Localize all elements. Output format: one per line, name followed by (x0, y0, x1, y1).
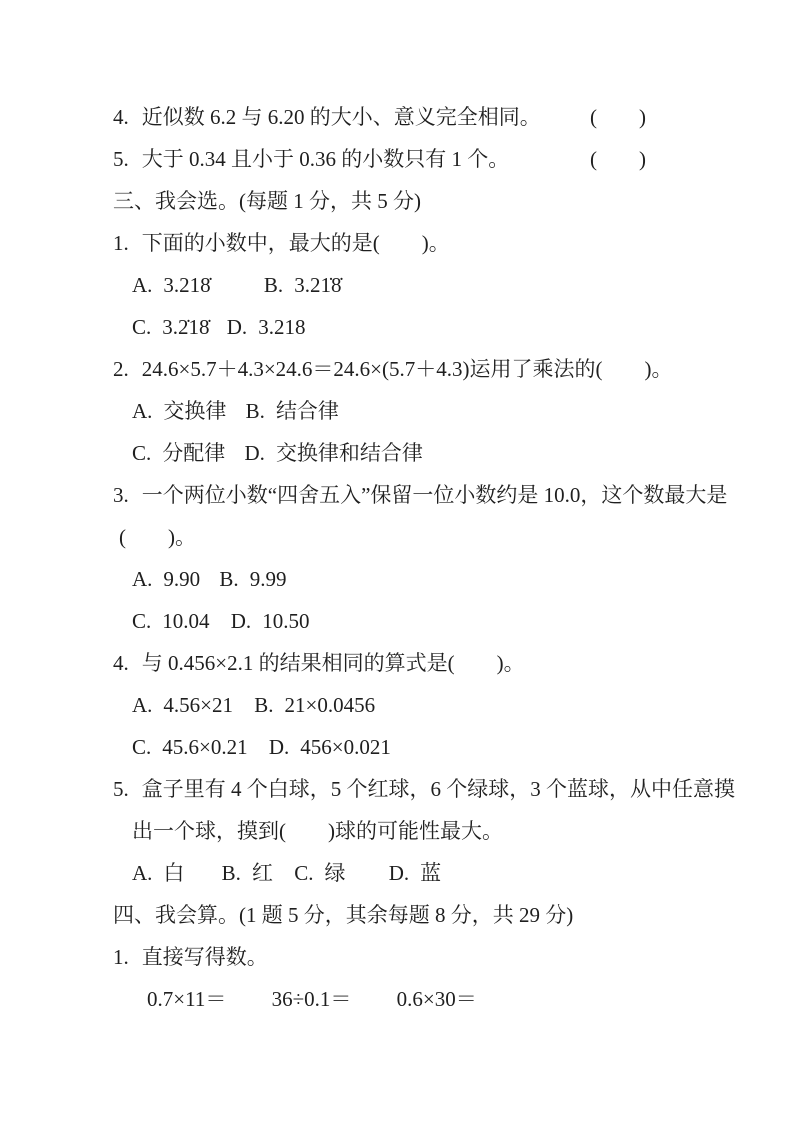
calc-expression-1: 0.7×11＝ (147, 987, 226, 1011)
q1-option-d: D.3.218 (227, 306, 306, 348)
q4-options-row-1: A.4.56×21 B.21×0.0456 (0, 684, 793, 726)
q4-option-d: D.456×0.021 (269, 726, 391, 768)
q2-stem: 2.24.6×5.7＋4.3×24.6＝24.6×(5.7＋4.3)运用了乘法的… (0, 348, 793, 390)
q5-number: 5. (113, 777, 129, 801)
q1-stem: 1.下面的小数中，最大的是( )。 (0, 222, 793, 264)
q5-option-b: B.红 (222, 852, 273, 894)
q4-number: 4. (113, 651, 129, 675)
q2-option-a: A.交换律 (132, 390, 226, 432)
calc-expression-2: 36÷0.1＝ (272, 987, 352, 1011)
q3-option-c: C.10.04 (132, 600, 210, 642)
tf-item-5-number: 5. (113, 147, 129, 171)
q4-stem-text: 与 0.456×2.1 的结果相同的算式是( )。 (142, 651, 525, 675)
tf-item-4-number: 4. (113, 105, 129, 129)
q1-options-row-1: A.3.218̇ B.3.21̇8̇ (0, 264, 793, 306)
q5-stem-text: 盒子里有 4 个白球，5 个红球，6 个绿球，3 个蓝球，从中任意摸 (142, 777, 735, 801)
tf-item-5-answer-bracket: ( ) (590, 138, 646, 180)
q3-stem: 3.一个两位小数“四舍五入”保留一位小数约是 10.0，这个数最大是 (0, 474, 793, 516)
section-three-heading: 三、我会选。(每题 1 分，共 5 分) (0, 180, 793, 222)
q3-options-row-2: C.10.04 D.10.50 (0, 600, 793, 642)
exam-content: 4.近似数 6.2 与 6.20 的大小、意义完全相同。 ( ) 5.大于 0.… (0, 96, 793, 1020)
calc-item-1-number: 1. (113, 945, 129, 969)
q2-option-c: C.分配律 (132, 432, 225, 474)
calc-expression-3: 0.6×30＝ (397, 987, 477, 1011)
q5-stem: 5.盒子里有 4 个白球，5 个红球，6 个绿球，3 个蓝球，从中任意摸 (0, 768, 793, 810)
q5-option-a: A.白 (132, 852, 184, 894)
tf-item-4-text: 近似数 6.2 与 6.20 的大小、意义完全相同。 (142, 105, 541, 129)
tf-item-5: 5.大于 0.34 且小于 0.36 的小数只有 1 个。 ( ) (0, 138, 793, 180)
q5-option-d: D.蓝 (389, 852, 441, 894)
section-four-heading: 四、我会算。(1 题 5 分，其余每题 8 分，共 29 分) (0, 894, 793, 936)
q3-options-row-1: A.9.90 B.9.99 (0, 558, 793, 600)
calc-item-1-text: 直接写得数。 (142, 945, 268, 969)
q3-stem-text: 一个两位小数“四舍五入”保留一位小数约是 10.0，这个数最大是 (142, 483, 728, 507)
exam-page: 4.近似数 6.2 与 6.20 的大小、意义完全相同。 ( ) 5.大于 0.… (0, 0, 793, 1122)
q2-option-d: D.交换律和结合律 (245, 432, 423, 474)
q2-option-b: B.结合律 (246, 390, 339, 432)
q1-stem-text: 下面的小数中，最大的是( )。 (142, 231, 450, 255)
q3-option-d: D.10.50 (231, 600, 310, 642)
q2-options-row-1: A.交换律 B.结合律 (0, 390, 793, 432)
q5-option-c: C.绿 (294, 852, 345, 894)
q2-number: 2. (113, 357, 129, 381)
q4-options-row-2: C.45.6×0.21 D.456×0.021 (0, 726, 793, 768)
q3-option-a: A.9.90 (132, 558, 200, 600)
q4-option-a: A.4.56×21 (132, 684, 233, 726)
q4-option-b: B.21×0.0456 (254, 684, 375, 726)
q5-stem-continuation: 出一个球，摸到( )球的可能性最大。 (0, 810, 793, 852)
q2-options-row-2: C.分配律 D.交换律和结合律 (0, 432, 793, 474)
q5-options-row: A.白 B.红 C.绿 D.蓝 (0, 852, 793, 894)
q2-stem-text: 24.6×5.7＋4.3×24.6＝24.6×(5.7＋4.3)运用了乘法的( … (142, 357, 673, 381)
calc-expressions-row: 0.7×11＝ 36÷0.1＝ 0.6×30＝ (0, 978, 793, 1020)
q1-options-row-2: C.3.2̇18̇ D.3.218 (0, 306, 793, 348)
q1-option-b: B.3.21̇8̇ (264, 264, 342, 306)
q4-stem: 4.与 0.456×2.1 的结果相同的算式是( )。 (0, 642, 793, 684)
q4-option-c: C.45.6×0.21 (132, 726, 248, 768)
tf-item-5-text: 大于 0.34 且小于 0.36 的小数只有 1 个。 (142, 147, 510, 171)
q3-number: 3. (113, 483, 129, 507)
q1-option-a: A.3.218̇ (132, 264, 211, 306)
q1-option-c: C.3.2̇18̇ (132, 306, 210, 348)
tf-item-4-answer-bracket: ( ) (590, 96, 646, 138)
tf-item-4: 4.近似数 6.2 与 6.20 的大小、意义完全相同。 ( ) (0, 96, 793, 138)
q1-number: 1. (113, 231, 129, 255)
q3-stem-continuation: ( )。 (0, 516, 793, 558)
q3-option-b: B.9.99 (219, 558, 286, 600)
calc-item-1: 1.直接写得数。 (0, 936, 793, 978)
